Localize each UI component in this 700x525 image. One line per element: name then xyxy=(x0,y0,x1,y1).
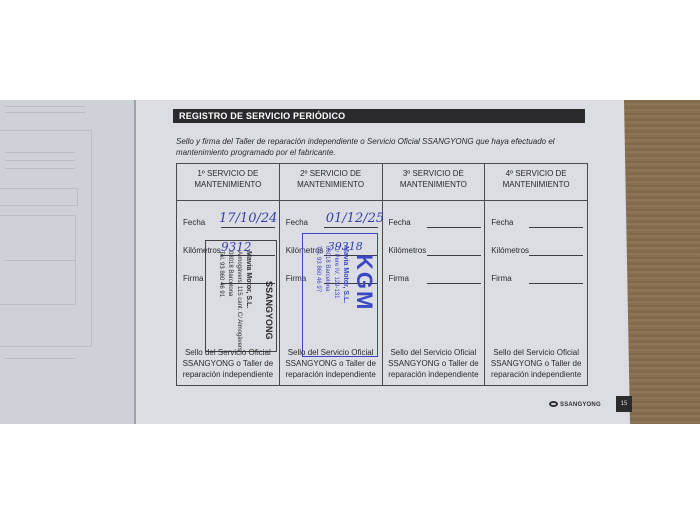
faded-text xyxy=(5,358,75,359)
wooden-table-background xyxy=(620,100,700,424)
faded-text xyxy=(5,112,85,113)
page-number: 15 xyxy=(616,396,632,412)
stamp-instructions: Sello del Servicio OficialSSANGYONG o Ta… xyxy=(177,347,279,380)
stamp-company: Mavia Motor, S.L. xyxy=(245,251,252,308)
firma-label: Firma xyxy=(389,274,409,283)
firma-label: Firma xyxy=(183,274,203,283)
ssangyong-logo-icon xyxy=(549,401,558,407)
intro-text: Sello y firma del Taller de reparación i… xyxy=(176,136,588,158)
table-body-row: Fecha 17/10/24 Kilómetros 9312 Firma Mav… xyxy=(177,201,588,386)
service-header: 3º SERVICIO DEMANTENIMIENTO xyxy=(382,164,485,201)
service-cell-2: Fecha 01/12/25 Kilómetros 39318 Firma Ma… xyxy=(279,201,382,386)
section-title: REGISTRO DE SERVICIO PERIÓDICO xyxy=(173,109,585,123)
fecha-line xyxy=(221,227,275,228)
stamp-instructions: Sello del Servicio OficialSSANGYONG o Ta… xyxy=(280,347,382,380)
stamp-instructions: Sello del Servicio OficialSSANGYONG o Ta… xyxy=(485,347,587,380)
fecha-handwritten: 01/12/25 xyxy=(326,211,384,226)
stamp-phone: Tel. 93 860 46 97 xyxy=(315,246,321,292)
page-gutter xyxy=(134,100,136,424)
firma-line xyxy=(427,283,481,284)
dealer-stamp: Mavia Motor, S.L. Almogàvers, 115 cant. … xyxy=(205,240,277,352)
fecha-label: Fecha xyxy=(286,218,308,227)
fecha-line xyxy=(427,227,481,228)
stamp-brand-logo: KGM xyxy=(351,254,377,311)
dealer-stamp: Mavia Motor, S.L. C/ Pere IV, 129-131 08… xyxy=(302,233,378,357)
km-label: Kilómetros xyxy=(491,246,529,255)
fecha-label: Fecha xyxy=(183,218,205,227)
fecha-handwritten: 17/10/24 xyxy=(219,211,277,226)
brand-footer: SSANGYONG xyxy=(560,402,601,408)
stamp-brand: SSANGYONG xyxy=(264,281,274,340)
service-record-table: 1º SERVICIO DEMANTENIMIENTO 2º SERVICIO … xyxy=(176,163,588,386)
fecha-line xyxy=(529,227,583,228)
km-label: Kilómetros xyxy=(389,246,427,255)
left-page xyxy=(0,100,140,424)
faded-box xyxy=(0,188,78,206)
faded-text xyxy=(5,160,75,161)
km-line xyxy=(529,255,583,256)
fecha-label: Fecha xyxy=(389,218,411,227)
service-cell-3: Fecha Kilómetros Firma Sello del Servici… xyxy=(382,201,485,386)
faded-text xyxy=(5,260,75,261)
stamp-instructions: Sello del Servicio OficialSSANGYONG o Ta… xyxy=(383,347,485,380)
stamp-company: Mavia Motor, S.L. xyxy=(342,246,349,303)
stamp-city: 08018 Barcelona xyxy=(324,246,330,291)
stamp-phone: Tel. 93 860 46 91 xyxy=(218,251,224,297)
fecha-line xyxy=(324,227,378,228)
service-header: 4º SERVICIO DEMANTENIMIENTO xyxy=(485,164,588,201)
stamp-address: C/ Pere IV, 129-131 xyxy=(333,246,339,298)
service-header: 2º SERVICIO DEMANTENIMIENTO xyxy=(279,164,382,201)
km-line xyxy=(427,255,481,256)
fecha-label: Fecha xyxy=(491,218,513,227)
faded-text xyxy=(5,152,75,153)
faded-text xyxy=(5,168,75,169)
firma-line xyxy=(529,283,583,284)
stamp-address: Almogàvers, 115 cant. C/ Almogàvers xyxy=(236,251,242,351)
service-cell-1: Fecha 17/10/24 Kilómetros 9312 Firma Mav… xyxy=(177,201,280,386)
firma-label: Firma xyxy=(491,274,511,283)
stamp-city: 08018 Barcelona xyxy=(227,251,233,296)
service-cell-4: Fecha Kilómetros Firma Sello del Servici… xyxy=(485,201,588,386)
table-header-row: 1º SERVICIO DEMANTENIMIENTO 2º SERVICIO … xyxy=(177,164,588,201)
faded-text xyxy=(5,106,85,107)
service-header: 1º SERVICIO DEMANTENIMIENTO xyxy=(177,164,280,201)
